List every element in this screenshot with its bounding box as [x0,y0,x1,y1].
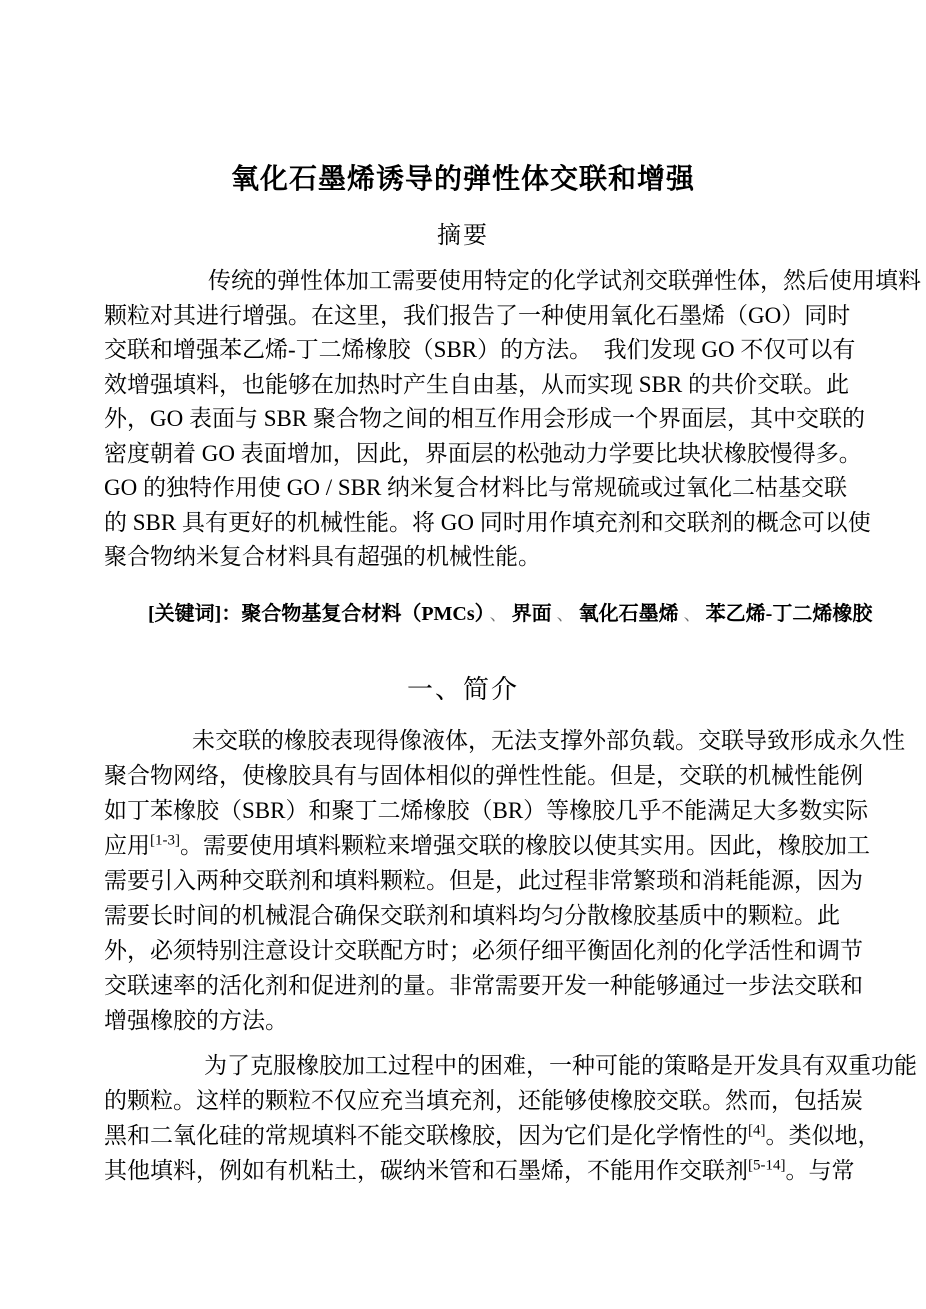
text-line: 需要引入两种交联剂和填料颗粒。但是，此过程非常繁琐和消耗能源，因为 [104,863,926,898]
keyword-separator: 、 [679,605,706,624]
text-line: 为了克服橡胶加工过程中的困难，一种可能的策略是开发具有双重功能 [104,1048,926,1083]
page-title: 氧化石墨烯诱导的弹性体交联和增强 [0,160,926,200]
text-line: 外，GO 表面与 SBR 聚合物之间的相互作用会形成一个界面层，其中交联的 [104,402,926,437]
text-line: 聚合物纳米复合材料具有超强的机械性能。 [104,540,926,575]
document-page: 氧化石墨烯诱导的弹性体交联和增强 摘要 传统的弹性体加工需要使用特定的化学试剂交… [0,0,926,1309]
keyword-separator: 、 [485,605,512,624]
text-line: 密度朝着 GO 表面增加，因此，界面层的松弛动力学要比块状橡胶慢得多。 [104,437,926,472]
text-line: 交联速率的活化剂和促进剂的量。非常需要开发一种能够通过一步法交联和 [104,968,926,1003]
keyword-item: 氧化石墨烯 [579,603,679,625]
text-line: 如丁苯橡胶（SBR）和聚丁二烯橡胶（BR）等橡胶几乎不能满足大多数实际 [104,793,926,828]
text-line: 的颗粒。这样的颗粒不仅应充当填充剂，还能够使橡胶交联。然而，包括炭 [104,1083,926,1118]
text-line: 颗粒对其进行增强。在这里，我们报告了一种使用氧化石墨烯（GO）同时 [104,299,926,334]
keyword-item: 聚合物基复合材料（PMCs） [241,603,484,625]
text-line: 交联和增强苯乙烯-丁二烯橡胶（SBR）的方法。 我们发现 GO 不仅可以有 [104,333,926,368]
text-line: 应用[1-3]。需要使用填料颗粒来增强交联的橡胶以使其实用。因此，橡胶加工 [104,828,926,863]
text-line: GO 的独特作用使 GO / SBR 纳米复合材料比与常规硫或过氧化二枯基交联 [104,471,926,506]
text-line: 外，必须特别注意设计交联配方时；必须仔细平衡固化剂的化学活性和调节 [104,933,926,968]
intro-paragraph-1: 未交联的橡胶表现得像液体，无法支撑外部负载。交联导致形成永久性聚合物网络，使橡胶… [104,723,926,1038]
text-line: 的 SBR 具有更好的机械性能。将 GO 同时用作填充剂和交联剂的概念可以使 [104,506,926,541]
text-line: 增强橡胶的方法。 [104,1003,926,1038]
text-line: 聚合物网络，使橡胶具有与固体相似的弹性性能。但是，交联的机械性能例 [104,758,926,793]
intro-paragraph-2: 为了克服橡胶加工过程中的困难，一种可能的策略是开发具有双重功能的颗粒。这样的颗粒… [104,1048,926,1188]
text-line: 传统的弹性体加工需要使用特定的化学试剂交联弹性体，然后使用填料 [104,264,926,299]
section-heading-introduction: 一、简介 [0,672,926,708]
text-line: 其他填料，例如有机粘土，碳纳米管和石墨烯，不能用作交联剂[5-14]。与常 [104,1153,926,1188]
abstract-paragraph: 传统的弹性体加工需要使用特定的化学试剂交联弹性体，然后使用填料颗粒对其进行增强。… [104,264,926,575]
citation-superscript: [1-3] [150,832,180,848]
keyword-separator: 、 [552,605,579,624]
text-line: 黑和二氧化硅的常规填料不能交联橡胶，因为它们是化学惰性的[4]。类似地， [104,1118,926,1153]
abstract-heading: 摘要 [0,220,926,252]
text-line: 未交联的橡胶表现得像液体，无法支撑外部负载。交联导致形成永久性 [104,723,926,758]
citation-superscript: [4] [748,1122,766,1138]
keywords-label: [关键词]： [148,603,241,625]
text-line: 需要长时间的机械混合确保交联剂和填料均匀分散橡胶基质中的颗粒。此 [104,898,926,933]
citation-superscript: [5-14] [748,1157,786,1173]
keyword-item: 苯乙烯-丁二烯橡胶 [706,603,873,625]
keywords-line: [关键词]：聚合物基复合材料（PMCs）、界面、氧化石墨烯、苯乙烯-丁二烯橡胶 [104,599,926,630]
text-line: 效增强填料，也能够在加热时产生自由基，从而实现 SBR 的共价交联。此 [104,368,926,403]
keyword-item: 界面 [512,603,552,625]
